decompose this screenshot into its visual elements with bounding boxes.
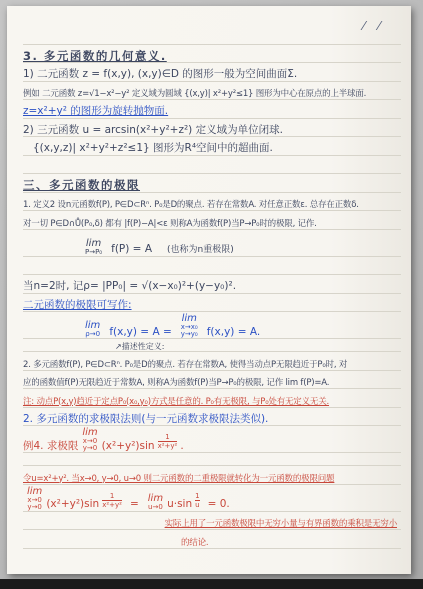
substitution-row: 令u=x²+y². 当x→0, y→0, u→0 则二元函数的二重极限就转化为一…: [23, 466, 401, 485]
lim-word: lim: [86, 239, 101, 249]
lim-operator: lim u→0: [148, 494, 163, 511]
lim-subscript-y: y→0: [27, 504, 41, 511]
example4-period: .: [180, 441, 183, 452]
blue-intro-row: 二元函数的极限可写作:: [23, 294, 401, 313]
limit-rules-row: 2. 多元函数的求极限法则(与一元函数求极限法类似).: [23, 408, 401, 427]
limit-formula-note: (也称为n重极限): [167, 246, 234, 255]
ruled-line: [23, 156, 401, 175]
definition2-line2-text: 应的函数值f(P)无限趋近于常数A, 则称A为函数f(P)当P→P₀的极限, 记…: [23, 379, 329, 388]
lim-word: lim: [148, 494, 163, 504]
paraboloid-note-text: z=x²+y² 的图形为旋转抛物面.: [23, 106, 168, 117]
lim-subscript: ρ→0: [85, 331, 100, 338]
conclusion-line1-row: 实际上用了一元函数极限中无穷小量与有界函数的乘积是无穷小: [23, 512, 401, 531]
example4-expression: (x²+y²)sin: [102, 441, 155, 452]
example4-label: 例4. 求极限: [23, 441, 78, 452]
two-var-limit-end: f(x,y) = A.: [207, 327, 260, 338]
geometry-item2b-text: {(x,y,z)| x²+y²+z²≤1} 图形为R⁴空间中的超曲面.: [33, 143, 273, 154]
fraction-numerator: 1: [165, 434, 169, 441]
equals-sign: =: [130, 499, 139, 510]
lim-subscript-y: y→y₀: [181, 331, 198, 338]
limit-section-heading-row: 三、多元函数的极限: [23, 174, 401, 193]
fraction: 1 x²+y²: [102, 493, 122, 509]
n-equals-2-text: 当n=2时, 记ρ= |PP₀| = √(x−x₀)²+(y−y₀)².: [23, 281, 236, 292]
limit-rules-text: 2. 多元函数的求极限法则(与一元函数求极限法类似).: [23, 414, 268, 425]
n-equals-2-row: 当n=2时, 记ρ= |PP₀| = √(x−x₀)²+(y−y₀)².: [23, 275, 401, 294]
ruled-line: [23, 26, 401, 45]
calculation-usin: u·sin: [167, 499, 192, 510]
definition-line2-row: 对一切 P∈D∩Ů(P₀,δ) 都有 |f(P)−A|<ε 则称A为函数f(P)…: [23, 211, 401, 230]
fraction-denominator: x²+y²: [158, 441, 178, 450]
definition-line1-text: 1. 定义2 设n元函数f(P), P∈D⊂Rⁿ. P₀是D的聚点. 若存在常数…: [23, 201, 359, 210]
substitution-text: 令u=x²+y². 当x→0, y→0, u→0 则二元函数的二重极限就转化为一…: [23, 475, 334, 484]
lim-word: lim: [27, 487, 42, 497]
fraction-denominator: u: [195, 500, 199, 509]
lim-operator: lim x→x₀ y→y₀: [181, 314, 198, 338]
lim-subscript-y: y→0: [83, 445, 97, 452]
limit-formula-row: lim P→P₀ f(P) = A (也称为n重极限): [23, 230, 401, 257]
definition-line1-row: 1. 定义2 设n元函数f(P), P∈D⊂Rⁿ. P₀是D的聚点. 若存在常数…: [23, 193, 401, 212]
fraction: 1 u: [195, 493, 199, 509]
geometry-item1-row: 1) 二元函数 z = f(x,y), (x,y)∈D 的图形一般为空间曲面Σ.: [23, 63, 401, 82]
conclusion-line2-row: 的结论.: [23, 530, 401, 549]
two-var-limit-mid: f(x,y) = A =: [109, 327, 171, 338]
geometry-item1-text: 1) 二元函数 z = f(x,y), (x,y)∈D 的图形一般为空间曲面Σ.: [23, 69, 297, 80]
geometry-example-row: 例如 二元函数 z=√1−x²−y² 定义域为圆域 {(x,y)| x²+y²≤…: [23, 82, 401, 101]
geometry-example-text: 例如 二元函数 z=√1−x²−y² 定义域为圆域 {(x,y)| x²+y²≤…: [23, 90, 366, 99]
red-remark-text: 注: 动点P(x,y)趋近于定点P₀(x₀,y₀)方式是任意的. P₀有无极限,…: [23, 398, 329, 407]
geometry-item2-text: 2) 三元函数 u = arcsin(x²+y²+z²) 定义域为单位闭球.: [23, 125, 283, 136]
photo-background-edge: [0, 579, 423, 589]
calculation-row: lim x→0 y→0 (x²+y²)sin 1 x²+y² = lim u→0…: [23, 485, 401, 512]
two-var-limit-formula-row: lim ρ→0 f(x,y) = A = lim x→x₀ y→y₀ f(x,y…: [23, 312, 401, 339]
definition-line2-text: 对一切 P∈D∩Ů(P₀,δ) 都有 |f(P)−A|<ε 则称A为函数f(P)…: [23, 220, 317, 229]
fraction-denominator: x²+y²: [102, 500, 122, 509]
section-heading-geometry: 3. 多元函数的几何意义.: [23, 50, 167, 62]
lim-operator: lim ρ→0: [85, 321, 100, 338]
fraction-numerator: 1: [195, 493, 199, 500]
definition2-line2-row: 应的函数值f(P)无限趋近于常数A, 则称A为函数f(P)当P→P₀的极限, 记…: [23, 371, 401, 390]
geometry-item2-row: 2) 三元函数 u = arcsin(x²+y²+z²) 定义域为单位闭球.: [23, 119, 401, 138]
geometry-item2b-row: {(x,y,z)| x²+y²+z²≤1} 图形为R⁴空间中的超曲面.: [23, 137, 401, 156]
calculation-result: = 0.: [208, 499, 230, 510]
notebook-page: ∕ ∕ 3. 多元函数的几何意义. 1) 二元函数 z = f(x,y), (x…: [7, 6, 411, 574]
fraction-numerator: 1: [110, 493, 114, 500]
lim-subscript-u: u→0: [148, 504, 163, 511]
ruled-line: [23, 257, 401, 276]
grading-tick-marks: ∕ ∕: [360, 19, 387, 32]
conclusion-line2-text: 的结论.: [181, 539, 208, 548]
conclusion-line1-text: 实际上用了一元函数极限中无穷小量与有界函数的乘积是无穷小: [165, 520, 397, 529]
definition2-line1-text: 2. 多元函数f(P), P∈D⊂Rⁿ. P₀是D的聚点. 若存在常数A, 使得…: [23, 361, 347, 370]
lim-subscript: P→P₀: [85, 249, 102, 256]
lim-operator: lim x→0 y→0: [27, 487, 42, 511]
limit-formula-body: f(P) = A: [111, 244, 152, 255]
fraction: 1 x²+y²: [158, 434, 178, 450]
geometry-blue-note-row: z=x²+y² 的图形为旋转抛物面.: [23, 100, 401, 119]
ruled-line: [23, 453, 401, 466]
red-remark-row: 注: 动点P(x,y)趋近于定点P₀(x₀,y₀)方式是任意的. P₀有无极限,…: [23, 389, 401, 408]
blue-intro-text: 二元函数的极限可写作:: [23, 300, 132, 311]
section-geometry-heading-row: 3. 多元函数的几何意义.: [23, 45, 401, 64]
calculation-expression: (x²+y²)sin: [46, 499, 99, 510]
example4-row: 例4. 求极限 lim x→0 y→0 (x²+y²)sin 1 x²+y² .: [23, 426, 401, 453]
lim-operator: lim x→0 y→0: [82, 428, 97, 452]
definition2-line1-row: 2. 多元函数f(P), P∈D⊂Rⁿ. P₀是D的聚点. 若存在常数A, 使得…: [23, 352, 401, 371]
lim-operator: lim P→P₀: [85, 239, 102, 256]
descriptive-note-row: ↗描述性定义:: [23, 339, 401, 352]
section-heading-limits: 三、多元函数的极限: [23, 179, 140, 191]
descriptive-definition-note: ↗描述性定义:: [115, 343, 164, 351]
